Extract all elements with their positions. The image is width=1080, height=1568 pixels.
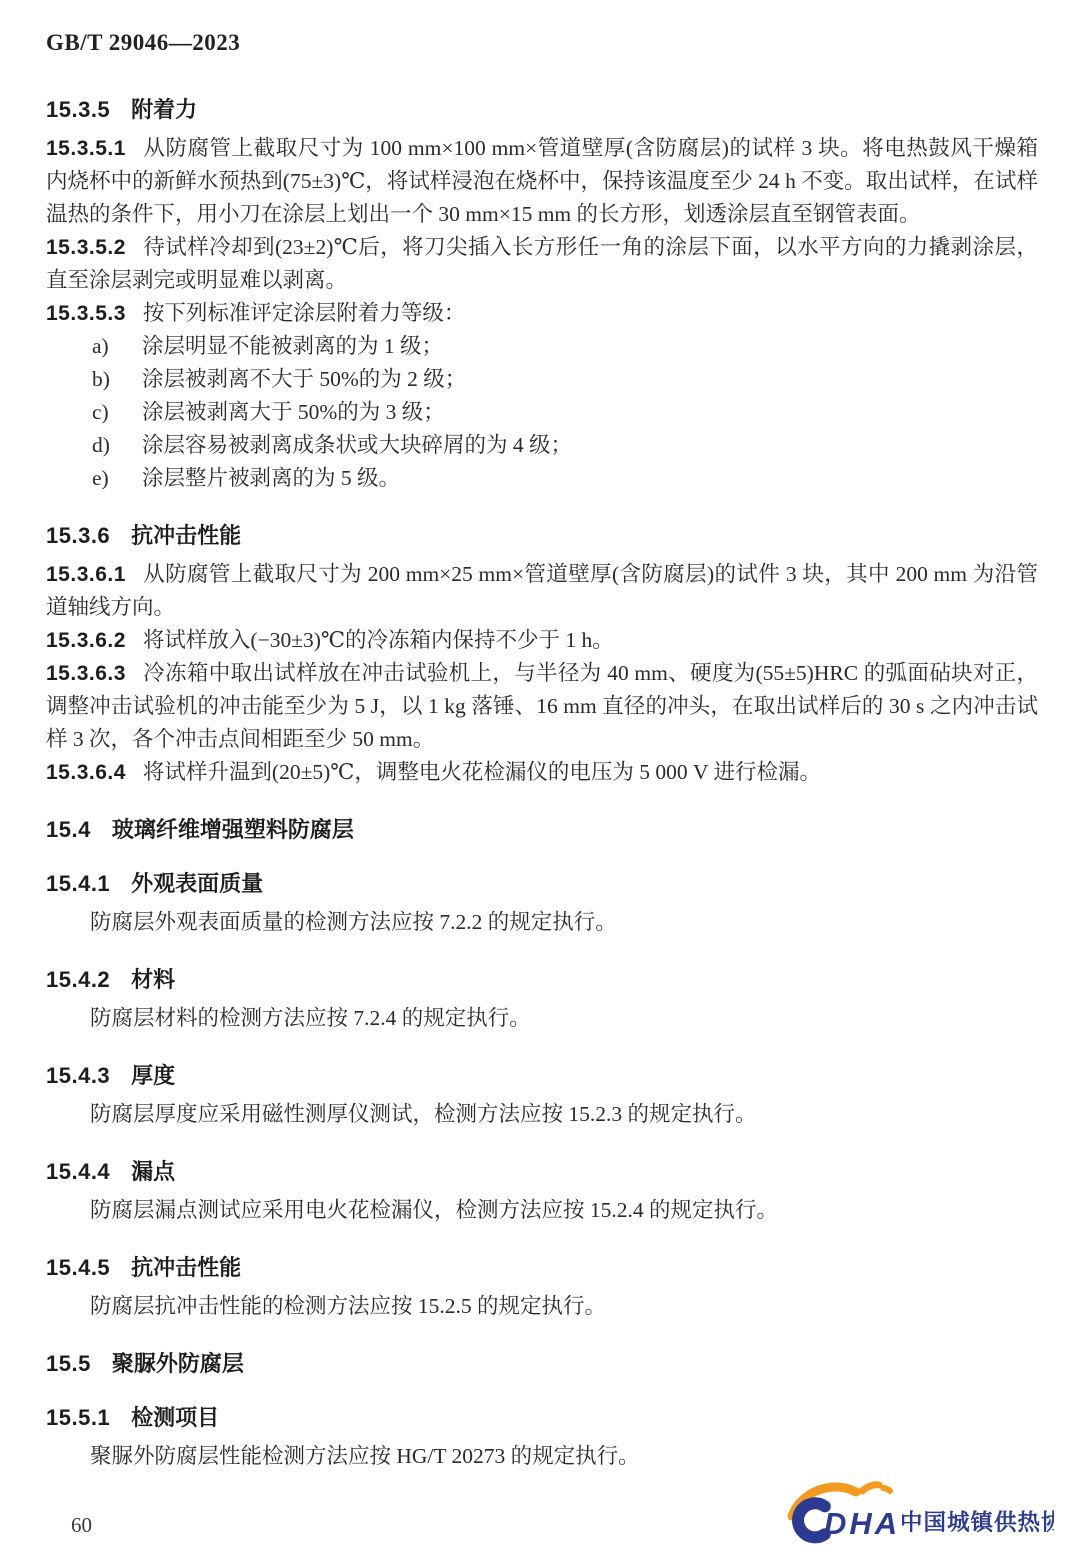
clause-number: 15.3.6.3 [46,662,126,685]
section-number: 15.4 [46,817,91,842]
list-item: c)涂层被剥离大于 50%的为 3 级； [46,396,1038,429]
list-text: 涂层明显不能被剥离的为 1 级； [142,334,443,358]
clause-text: 防腐层漏点测试应采用电火花检漏仪，检测方法应按 15.2.4 的规定执行。 [90,1198,778,1222]
section-title: 外观表面质量 [131,871,263,896]
clause-text: 将试样放入(−30±3)℃的冷冻箱内保持不少于 1 h。 [143,628,614,652]
document-page: { "doc": { "header": "GB/T 29046—2023", … [0,0,1080,1568]
section-number: 15.3.6 [46,523,110,548]
section-heading: 15.5.1检测项目 [46,1404,1038,1431]
list-item: d)涂层容易被剥离成条状或大块碎屑的为 4 级； [46,429,1038,462]
list-text: 涂层被剥离大于 50%的为 3 级； [142,400,445,424]
section-title: 检测项目 [131,1405,219,1430]
clause-text: 冷冻箱中取出试样放在冲击试验机上，与半径为 40 mm、硬度为(55±5)HRC… [46,661,1038,751]
clause-paragraph: 防腐层厚度应采用磁性测厚仪测试，检测方法应按 15.2.3 的规定执行。 [46,1098,1038,1131]
clause-paragraph: 15.3.5.2待试样冷却到(23±2)℃后，将刀尖插入长方形任一角的涂层下面，… [46,231,1038,297]
list-text: 涂层整片被剥离的为 5 级。 [142,466,400,490]
logo-c-crescent [798,1503,825,1537]
clause-paragraph: 15.3.6.2将试样放入(−30±3)℃的冷冻箱内保持不少于 1 h。 [46,624,1038,657]
section-title: 玻璃纤维增强塑料防腐层 [112,817,354,842]
logo-abbr-text: DHA [824,1506,900,1541]
standard-number-header: GB/T 29046—2023 [46,30,1038,56]
clause-paragraph: 15.3.5.3按下列标准评定涂层附着力等级： [46,297,1038,330]
section-heading: 15.5聚脲外防腐层 [46,1350,1038,1377]
clause-paragraph: 防腐层外观表面质量的检测方法应按 7.2.2 的规定执行。 [46,906,1038,939]
clause-text: 从防腐管上截取尺寸为 100 mm×100 mm×管道壁厚(含防腐层)的试样 3… [46,136,1038,226]
association-logo: DHA 中国城镇供热协会 [782,1474,1054,1546]
section-heading: 15.4.3厚度 [46,1062,1038,1089]
document-body: 15.3.5附着力 15.3.5.1从防腐管上截取尺寸为 100 mm×100 … [46,96,1038,1473]
section-number: 15.3.5 [46,97,110,122]
cdha-logo-icon: DHA 中国城镇供热协会 [782,1474,1054,1546]
clause-text: 待试样冷却到(23±2)℃后，将刀尖插入长方形任一角的涂层下面，以水平方向的力撬… [46,235,1038,292]
list-marker: e) [92,462,142,495]
section-title: 附着力 [131,97,197,122]
section-heading: 15.4玻璃纤维增强塑料防腐层 [46,816,1038,843]
clause-paragraph: 15.3.6.1从防腐管上截取尺寸为 200 mm×25 mm×管道壁厚(含防腐… [46,558,1038,624]
page-footer: 60 DHA 中国城镇供热协会 [0,1478,1080,1554]
section-title: 抗冲击性能 [131,1255,241,1280]
clause-number: 15.3.5.3 [46,302,126,325]
section-number: 15.4.1 [46,871,110,896]
clause-number: 15.3.5.2 [46,236,126,259]
clause-paragraph: 防腐层漏点测试应采用电火花检漏仪，检测方法应按 15.2.4 的规定执行。 [46,1194,1038,1227]
section-title: 抗冲击性能 [131,523,241,548]
grade-list: a)涂层明显不能被剥离的为 1 级； b)涂层被剥离不大于 50%的为 2 级；… [46,330,1038,495]
section-heading: 15.3.5附着力 [46,96,1038,123]
section-heading: 15.4.5抗冲击性能 [46,1254,1038,1281]
section-number: 15.5 [46,1351,91,1376]
clause-text: 防腐层厚度应采用磁性测厚仪测试，检测方法应按 15.2.3 的规定执行。 [90,1102,757,1126]
list-item: e)涂层整片被剥离的为 5 级。 [46,462,1038,495]
list-item: a)涂层明显不能被剥离的为 1 级； [46,330,1038,363]
clause-paragraph: 15.3.6.4将试样升温到(20±5)℃，调整电火花检漏仪的电压为 5 000… [46,756,1038,789]
list-item: b)涂层被剥离不大于 50%的为 2 级； [46,363,1038,396]
clause-text: 防腐层抗冲击性能的检测方法应按 15.2.5 的规定执行。 [90,1294,606,1318]
section-number: 15.4.3 [46,1063,110,1088]
clause-paragraph: 聚脲外防腐层性能检测方法应按 HG/T 20273 的规定执行。 [46,1440,1038,1473]
clause-number: 15.3.5.1 [46,137,126,160]
clause-text: 防腐层外观表面质量的检测方法应按 7.2.2 的规定执行。 [90,910,617,934]
clause-number: 15.3.6.1 [46,563,126,586]
clause-paragraph: 防腐层抗冲击性能的检测方法应按 15.2.5 的规定执行。 [46,1290,1038,1323]
clause-number: 15.3.6.4 [46,761,126,784]
list-marker: a) [92,330,142,363]
section-heading: 15.4.1外观表面质量 [46,870,1038,897]
clause-text: 按下列标准评定涂层附着力等级： [143,301,466,325]
list-text: 涂层被剥离不大于 50%的为 2 级； [142,367,466,391]
list-marker: d) [92,429,142,462]
section-title: 聚脲外防腐层 [112,1351,244,1376]
section-heading: 15.4.2材料 [46,966,1038,993]
clause-paragraph: 15.3.5.1从防腐管上截取尺寸为 100 mm×100 mm×管道壁厚(含防… [46,132,1038,231]
section-title: 厚度 [131,1063,175,1088]
section-number: 15.4.5 [46,1255,110,1280]
logo-orange-dash [862,1485,879,1491]
section-number: 15.4.2 [46,967,110,992]
logo-orange-dot [883,1488,890,1491]
logo-org-name: 中国城镇供热协会 [900,1509,1054,1535]
clause-paragraph: 15.3.6.3冷冻箱中取出试样放在冲击试验机上，与半径为 40 mm、硬度为(… [46,657,1038,756]
section-number: 15.4.4 [46,1159,110,1184]
section-heading: 15.3.6抗冲击性能 [46,522,1038,549]
clause-paragraph: 防腐层材料的检测方法应按 7.2.4 的规定执行。 [46,1002,1038,1035]
clause-text: 从防腐管上截取尺寸为 200 mm×25 mm×管道壁厚(含防腐层)的试件 3 … [46,562,1038,619]
clause-text: 防腐层材料的检测方法应按 7.2.4 的规定执行。 [90,1006,531,1030]
section-title: 材料 [131,967,175,992]
page-number: 60 [71,1513,92,1538]
list-text: 涂层容易被剥离成条状或大块碎屑的为 4 级； [142,433,572,457]
clause-number: 15.3.6.2 [46,629,126,652]
section-title: 漏点 [131,1159,175,1184]
clause-text: 聚脲外防腐层性能检测方法应按 HG/T 20273 的规定执行。 [90,1444,640,1468]
section-heading: 15.4.4漏点 [46,1158,1038,1185]
section-number: 15.5.1 [46,1405,110,1430]
clause-text: 将试样升温到(20±5)℃，调整电火花检漏仪的电压为 5 000 V 进行检漏。 [143,760,821,784]
list-marker: b) [92,363,142,396]
list-marker: c) [92,396,142,429]
